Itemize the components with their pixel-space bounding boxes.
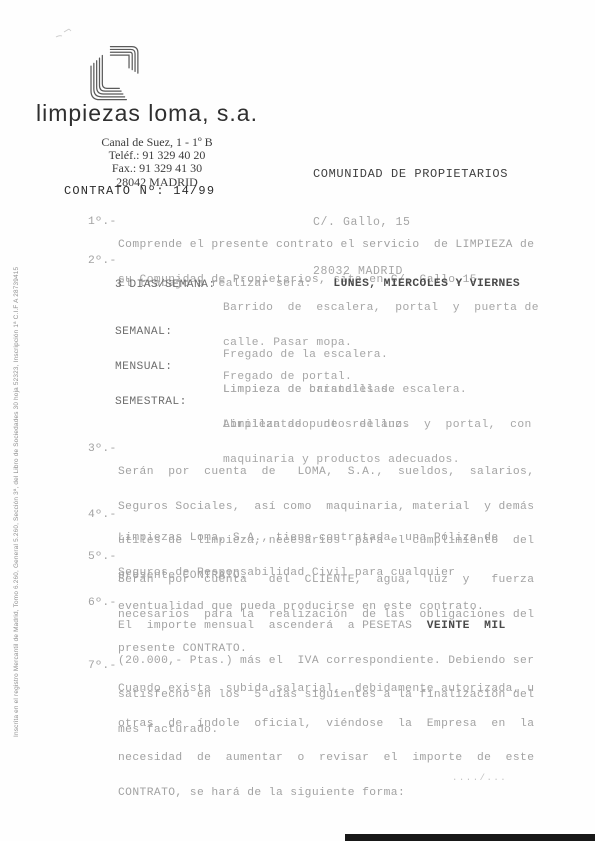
schedule-label: SEMANAL: <box>115 327 172 339</box>
company-name: limpiezas loma, s.a. <box>36 100 336 127</box>
amount-emphasis: VEINTE MIL <box>427 620 506 632</box>
clause-line: Serán por cuenta de LOMA, S.A., sueldos,… <box>118 467 558 479</box>
clause-line: El importe mensual ascenderá a PESETAS V… <box>118 621 558 633</box>
clause-number: 3º.- <box>88 444 117 456</box>
clause-number: 5º.- <box>88 552 117 564</box>
contract-number: CONTRATO Nº: 14/99 <box>64 184 215 198</box>
continuation-mark: ..../... <box>452 773 507 783</box>
clause-line: Comprende el presente contrato el servic… <box>118 240 558 252</box>
clause-number: 4º.- <box>88 510 117 522</box>
schedule-line: Fregado de la escalera. <box>223 350 560 362</box>
clause-line: Serán por cuenta del CLIENTE, agua, luz … <box>118 575 558 587</box>
schedule-line: Barrido de escalera, portal y puerta de <box>223 303 560 315</box>
clause-number: 2º.- <box>88 256 117 268</box>
clause-line: Cuando exista subida salarial, debidamen… <box>118 684 558 696</box>
clause-number: 6º.- <box>88 598 117 610</box>
clause-7: 7º.- Cuando exista subida salarial, debi… <box>88 661 558 822</box>
schedule-label: MENSUAL: <box>115 362 172 374</box>
registry-sidenote: Inscrita en el registro Mercantil de Mad… <box>13 281 20 737</box>
schedule-label: SEMESTRAL: <box>115 397 187 409</box>
company-address: Canal de Suez, 1 - 1º B Teléf.: 91 329 4… <box>52 136 262 189</box>
schedule-line: Limpieza de cristales de escalera. <box>223 385 560 397</box>
clause-line: necesidad de aumentar o revisar el impor… <box>118 753 558 765</box>
schedule-line: Abrillantado de rellanos y portal, con <box>223 420 560 432</box>
clause-number: 7º.- <box>88 661 117 673</box>
clause-line: Limpiezas Loma, S.A., tiene contratada u… <box>118 533 558 545</box>
scanned-contract-page: limpiezas loma, s.a. Canal de Suez, 1 - … <box>0 0 595 841</box>
schedule-label: 3 DIAS/SEMANA: <box>115 280 216 292</box>
client-name: COMUNIDAD DE PROPIETARIOS <box>313 168 508 181</box>
scan-artifact-bar <box>345 834 595 841</box>
address-line: Fax.: 91 329 41 30 <box>52 162 262 175</box>
clause-line: CONTRATO, se hará de la siguiente forma: <box>118 788 558 800</box>
clause-line: otras de índole oficial, viéndose la Emp… <box>118 719 558 731</box>
clause-number: 1º.- <box>88 217 117 229</box>
